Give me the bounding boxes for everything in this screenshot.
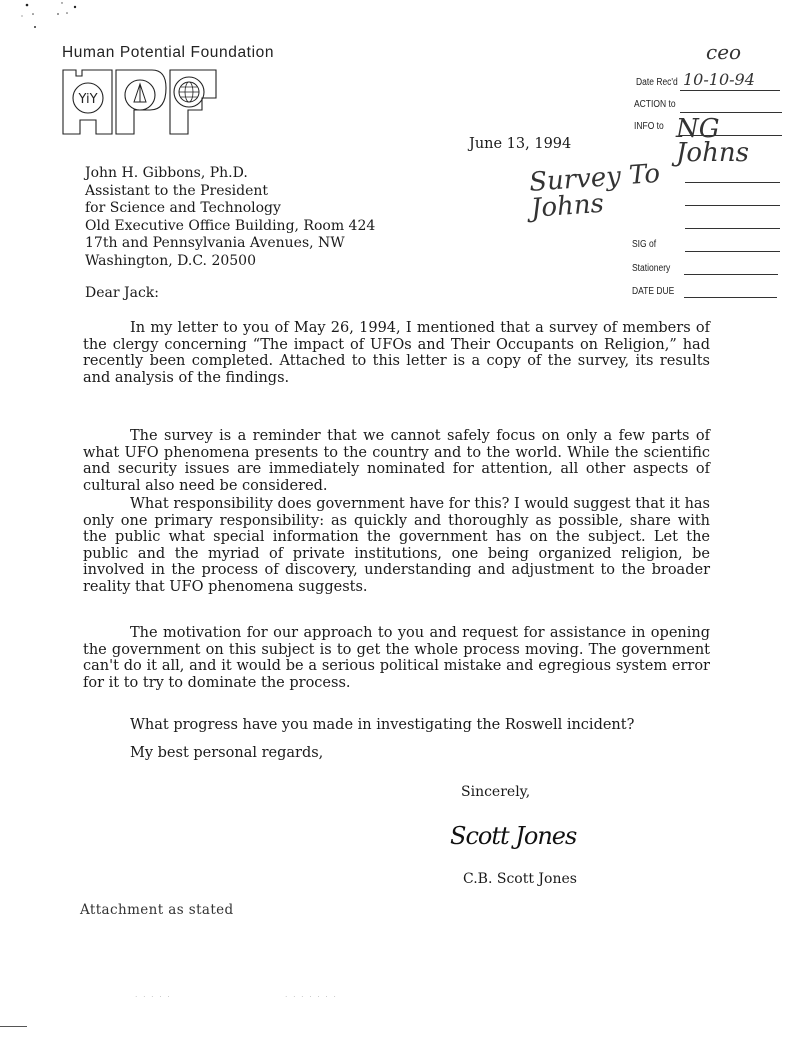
date-due-line bbox=[684, 297, 777, 298]
stationery-line bbox=[684, 274, 778, 275]
scan-specks bbox=[0, 0, 90, 30]
date-received-value: 10-10-94 bbox=[683, 70, 755, 89]
recipient-line: 17th and Pennsylvania Avenues, NW bbox=[85, 235, 375, 253]
salutation: Dear Jack: bbox=[85, 285, 159, 301]
scan-artifact: · · · · · · · bbox=[285, 993, 338, 1001]
stationery-label: Stationery bbox=[632, 263, 670, 274]
info-handwritten: NG Johns bbox=[676, 117, 785, 165]
sig-of-label: SIG of bbox=[632, 239, 656, 250]
date-due-label: DATE DUE bbox=[632, 286, 674, 297]
closing: Sincerely, bbox=[461, 784, 530, 800]
handwritten-note: Survey To Johns bbox=[528, 160, 671, 222]
svg-text:YiY: YiY bbox=[77, 92, 97, 107]
info-label: INFO to bbox=[634, 121, 664, 132]
handwritten-code: ceo bbox=[706, 40, 741, 64]
recipient-line: for Science and Technology bbox=[85, 200, 375, 218]
date-received-label: Date Rec'd bbox=[636, 77, 678, 88]
scan-edge-mark bbox=[0, 1026, 27, 1027]
organization-name: Human Potential Foundation bbox=[62, 44, 274, 62]
scan-artifact: · · · · · bbox=[135, 993, 172, 1001]
letter-date: June 13, 1994 bbox=[469, 136, 571, 152]
signature: Scott Jones bbox=[450, 822, 576, 850]
recipient-line: Washington, D.C. 20500 bbox=[85, 253, 375, 271]
body-paragraph: What responsibility does government have… bbox=[83, 496, 710, 595]
regards-line: My best personal regards, bbox=[130, 745, 323, 761]
info-line bbox=[680, 135, 782, 136]
routing-line-3 bbox=[685, 228, 780, 229]
recipient-line: John H. Gibbons, Ph.D. bbox=[85, 165, 375, 183]
action-label: ACTION to bbox=[634, 99, 676, 110]
globe-icon bbox=[174, 77, 204, 107]
routing-line-1 bbox=[685, 182, 780, 183]
recipient-line: Assistant to the President bbox=[85, 183, 375, 201]
praying-hands-icon bbox=[125, 80, 155, 110]
body-paragraph: The survey is a reminder that we cannot … bbox=[83, 428, 710, 494]
body-paragraph: What progress have you made in investiga… bbox=[130, 717, 634, 733]
body-paragraph: In my letter to you of May 26, 1994, I m… bbox=[83, 320, 710, 386]
hpf-logo: YiY bbox=[62, 68, 218, 136]
routing-line-2 bbox=[685, 205, 780, 206]
people-icon: YiY bbox=[73, 83, 103, 113]
recipient-line: Old Executive Office Building, Room 424 bbox=[85, 218, 375, 236]
body-paragraph: The motivation for our approach to you a… bbox=[83, 625, 710, 691]
sig-of-line bbox=[685, 251, 780, 252]
recipient-address: John H. Gibbons, Ph.D. Assistant to the … bbox=[85, 165, 375, 270]
action-line bbox=[680, 112, 782, 113]
date-received-line bbox=[680, 90, 780, 91]
signer-name: C.B. Scott Jones bbox=[463, 871, 577, 887]
attachment-note: Attachment as stated bbox=[80, 902, 234, 918]
